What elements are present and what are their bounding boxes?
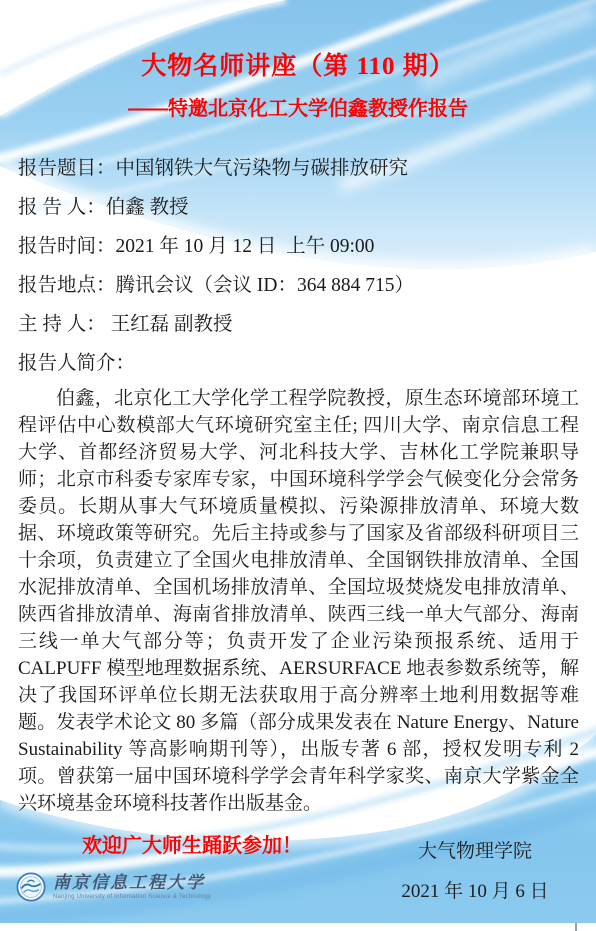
signature-block: 大气物理学院 2021 年 10 月 6 日 (400, 840, 550, 904)
university-emblem-icon (16, 872, 46, 902)
university-logo: 南京信息工程大学 Nanjing University of Informati… (16, 872, 211, 902)
university-name-en: Nanjing University of Information Scienc… (53, 894, 211, 900)
info-label: 报告时间： (18, 236, 116, 257)
signature-date: 2021 年 10 月 6 日 (400, 880, 550, 904)
bio-heading: 报告人简介： (18, 352, 579, 376)
info-label: 主 持 人： (18, 314, 106, 335)
university-name-cn: 南京信息工程大学 (53, 874, 211, 892)
strip-tick (575, 923, 577, 931)
lecture-poster: 大物名师讲座（第 110 期） ——特邀北京化工大学伯鑫教授作报告 报告题目：中… (0, 0, 596, 931)
info-label: 报 告 人： (18, 197, 106, 218)
bio-paragraph: 伯鑫，北京化工大学化学工程学院教授，原生态环境部环境工程评估中心数模部大气环境研… (18, 385, 579, 817)
info-value: 王红磊 副教授 (106, 314, 233, 335)
signature-org: 大气物理学院 (400, 840, 550, 864)
university-logo-text: 南京信息工程大学 Nanjing University of Informati… (53, 872, 211, 900)
info-line-time: 报告时间：2021 年 10 月 12 日 上午 09:00 (18, 235, 579, 259)
info-line-host: 主 持 人： 王红磊 副教授 (18, 313, 579, 337)
info-label: 报告题目： (18, 158, 116, 179)
info-line-speaker: 报 告 人：伯鑫 教授 (18, 196, 579, 220)
info-value: 腾讯会议（会议 ID：364 884 715） (116, 275, 414, 296)
info-line-location: 报告地点：腾讯会议（会议 ID：364 884 715） (18, 274, 579, 298)
info-value: 中国钢铁大气污染物与碳排放研究 (116, 158, 409, 179)
poster-subtitle: ——特邀北京化工大学伯鑫教授作报告 (0, 92, 596, 121)
info-label: 报告地点： (18, 275, 116, 296)
poster-title: 大物名师讲座（第 110 期） (0, 46, 596, 82)
poster-body: 报告题目：中国钢铁大气污染物与碳排放研究 报 告 人：伯鑫 教授 报告时间：20… (18, 157, 579, 858)
info-value: 伯鑫 教授 (106, 197, 189, 218)
bottom-strip (0, 923, 596, 931)
info-line-report-title: 报告题目：中国钢铁大气污染物与碳排放研究 (18, 157, 579, 181)
info-value: 2021 年 10 月 12 日 上午 09:00 (116, 236, 375, 257)
